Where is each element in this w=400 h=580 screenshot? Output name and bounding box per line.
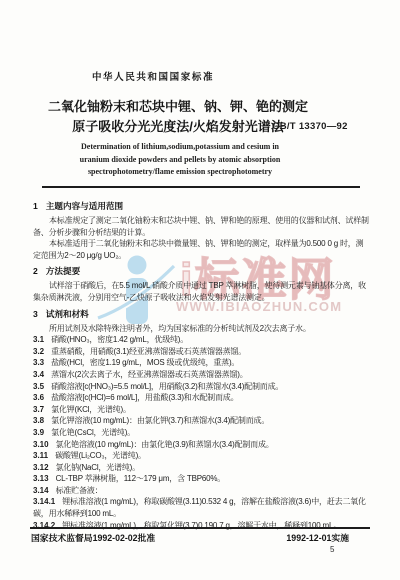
reagent-item: 3.13CL-TBP 萃淋树脂，112～179 μm，含 TBP60%。 [33,473,370,485]
section-1-title: 主题内容与适用范围 [46,201,123,211]
reagent-item-text: 氯化钾(KCl，光谱纯)。 [51,405,131,414]
reagent-item: 3.1硝酸(HNO₃，密度1.42 g/mL，优级纯)。 [33,334,370,346]
reagent-item-number: 3.12 [33,463,49,472]
footer-divider [30,527,370,529]
title-line-1: 二氧化铀粉末和芯块中锂、钠、钾、铯的测定 [0,97,356,117]
reagent-item: 3.14.1锂标准溶液(1 mg/mL)，称取碳酸锂(3.11)0.532 4 … [33,496,370,519]
reagent-item-number: 3.14.1 [33,497,55,506]
title-en-line-3: spectrophotometry/flame emission spectro… [0,166,360,179]
reagent-item: 3.7氯化钾(KCl，光谱纯)。 [33,404,370,416]
reagent-item-number: 3.3 [33,358,44,367]
reagent-item-number: 3.9 [33,428,44,437]
reagent-item: 3.2重蒸硝酸，用硝酸(3.1)经亚沸蒸馏器或石英蒸馏器蒸馏。 [33,346,370,358]
title-en-line-1: Determination of lithium,sodium,potassiu… [0,141,360,154]
document-title-en: Determination of lithium,sodium,potassiu… [0,141,360,179]
implementation-date-text: 1992-12-01实施 [286,531,349,544]
section-2-heading: 2方法提要 [33,265,370,277]
section-1-paragraph-2: 本标准适用于二氧化铀粉末和芯块中微量锂、钠、钾和铯的测定，取样量为0.500 0… [33,238,370,261]
reagent-item-number: 3.6 [33,393,44,402]
reagent-item: 3.4蒸馏水(2次去离子水，经亚沸蒸馏器或石英蒸馏器蒸馏)。 [33,369,370,381]
reagent-item: 3.14.2钾标准溶液(1 mg/mL)，称取氯化钾(3.7)0.190 7 g… [33,520,370,532]
reagent-item-text: 盐酸(HCl，密度1.19 g/mL，MOS 级或优级纯，重蒸)。 [51,358,239,367]
section-3-number: 3 [33,309,38,319]
reagent-item-text: 氯化铯(CsCl，光谱纯)。 [51,428,135,437]
reagent-item: 3.3盐酸(HCl，密度1.19 g/mL，MOS 级或优级纯，重蒸)。 [33,357,370,369]
section-2-number: 2 [33,266,38,276]
title-en-line-2: uranium dioxide powders and pellets by a… [0,154,360,167]
reagent-item-number: 3.10 [33,440,49,449]
reagent-item-text: 盐酸溶液[c(HCl)=6 mol/L]，用盐酸(3.3)和水配制而成。 [51,393,238,402]
reagent-item-number: 3.2 [33,347,44,356]
reagent-item-number: 3.13 [33,474,49,483]
reagent-item: 3.12氯化钠(NaCl，光谱纯)。 [33,462,370,474]
reagent-item-text: 标准贮备液： [56,486,103,495]
standard-document-page: i标准网 WWW.IBIAOZHUN.COM 中华人民共和国国家标准 二氧化铀粉… [0,0,400,580]
page-number: 5 [330,545,334,554]
reagent-item-text: 氯化钠(NaCl，光谱纯)。 [56,463,140,472]
reagent-item-number: 3.8 [33,416,44,425]
section-2-title: 方法提要 [46,266,80,276]
reagent-item-text: 氯化钾溶液(10 mg/mL)：由氯化钾(3.7)和蒸馏水(3.4)配制而成。 [51,416,269,425]
reagent-item-text: 氯化铯溶液(10 mg/mL)：由氯化铯(3.9)和蒸馏水(3.4)配制而成。 [56,440,274,449]
reagent-item-number: 3.11 [33,451,48,460]
reagent-item: 3.5硝酸溶液[c(HNO₃)=5.5 mol/L]，用硝酸(3.2)和蒸馏水(… [33,381,370,393]
reagent-item-text: 碳酸锂(Li₂CO₃，光谱纯)。 [55,451,146,460]
reagent-item-number: 3.1 [33,335,44,344]
reagent-item-text: 锂标准溶液(1 mg/mL)，称取碳酸锂(3.11)0.532 4 g，溶解在盐… [33,497,366,518]
reagent-item: 3.9氯化铯(CsCl，光谱纯)。 [33,427,370,439]
reagent-list: 3.1硝酸(HNO₃，密度1.42 g/mL，优级纯)。 3.2重蒸硝酸，用硝酸… [33,334,370,531]
reagent-item-number: 3.7 [33,405,44,414]
reagent-item: 3.10氯化铯溶液(10 mg/mL)：由氯化铯(3.9)和蒸馏水(3.4)配制… [33,439,370,451]
approval-date-text: 国家技术监督局1992-02-02批准 [31,531,155,544]
section-1-heading: 1主题内容与适用范围 [33,200,370,212]
reagent-item-text: 硝酸溶液[c(HNO₃)=5.5 mol/L]，用硝酸(3.2)和蒸馏水(3.4… [51,382,283,391]
reagent-item: 3.6盐酸溶液[c(HCl)=6 mol/L]，用盐酸(3.3)和水配制而成。 [33,392,370,404]
document-body: 1主题内容与适用范围 本标准规定了测定二氧化铀粉末和芯块中锂、钠、钾和铯的原理、… [33,196,370,531]
reagent-item-text: 重蒸硝酸，用硝酸(3.1)经亚沸蒸馏器或石英蒸馏器蒸馏。 [51,347,246,356]
reagent-item-number: 3.5 [33,382,44,391]
reagent-item-text: CL-TBP 萃淋树脂，112～179 μm，含 TBP60%。 [56,474,226,483]
header-divider [42,186,360,188]
reagent-item: 3.11碳酸锂(Li₂CO₃，光谱纯)。 [33,450,370,462]
section-3-heading: 3试剂和材料 [33,308,370,320]
reagent-item-number: 3.14 [33,486,49,495]
reagent-item-text: 蒸馏水(2次去离子水，经亚沸蒸馏器或石英蒸馏器蒸馏)。 [51,370,247,379]
reagent-item-text: 硝酸(HNO₃，密度1.42 g/mL，优级纯)。 [51,335,188,344]
reagent-item: 3.8氯化钾溶液(10 mg/mL)：由氯化钾(3.7)和蒸馏水(3.4)配制而… [33,415,370,427]
section-1-number: 1 [33,201,38,211]
footer: 国家技术监督局1992-02-02批准 1992-12-01实施 [31,531,349,544]
section-2-paragraph-1: 试样溶于硝酸后，在5.5 mol/L 硝酸介质中通过 TBP 萃淋树脂，使待测元… [33,280,370,303]
reagent-item-number: 3.4 [33,370,44,379]
section-3-intro: 所用试剂及水除特殊注明者外，均为国家标准的分析纯试剂及2次去离子水。 [33,323,370,335]
section-1-paragraph-1: 本标准规定了测定二氧化铀粉末和芯块中锂、钠、钾和铯的原理、使用的仪器和试剂、试样… [33,215,370,238]
section-3-title: 试剂和材料 [46,309,89,319]
reagent-item: 3.14标准贮备液： [33,485,370,497]
standard-code: GB/T 13370—92 [272,121,348,132]
national-standard-label: 中华人民共和国国家标准 [0,69,306,83]
